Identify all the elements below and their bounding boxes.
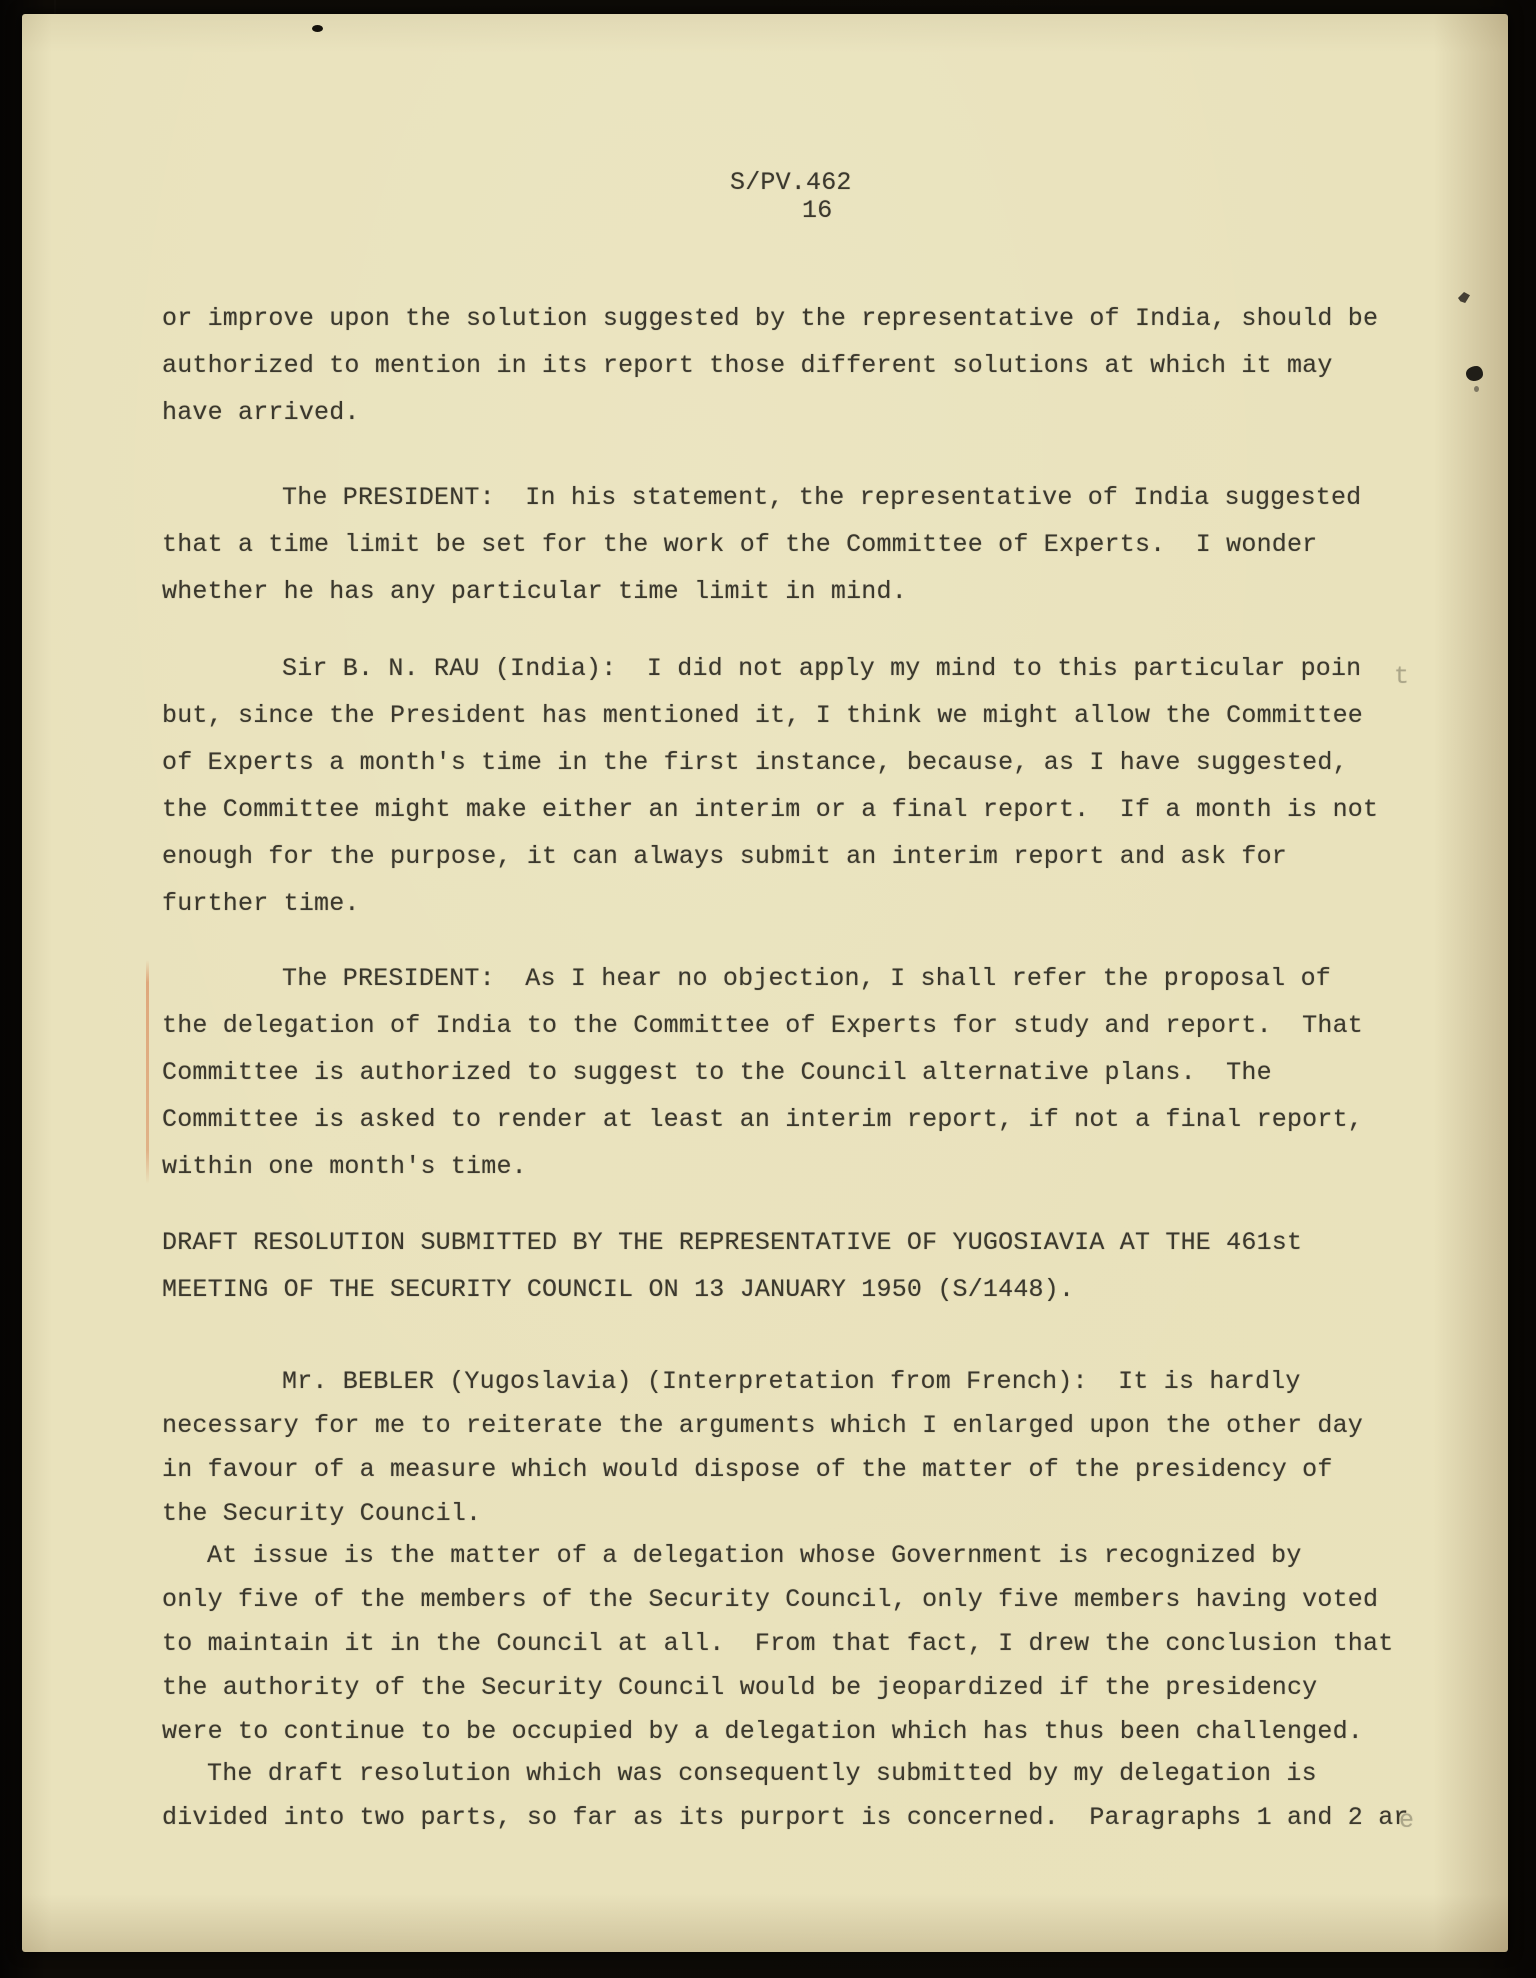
ink-blot-dot [1474, 386, 1479, 392]
document-reference: S/PV.462 [730, 168, 852, 198]
ink-blot [1466, 366, 1483, 381]
president-statement-1: The PRESIDENT: In his statement, the rep… [162, 474, 1504, 615]
bebler-statement-draft: The draft resolution which was consequen… [162, 1752, 1504, 1840]
continuation-paragraph: or improve upon the solution suggested b… [162, 295, 1504, 436]
bebler-statement-issue: At issue is the matter of a delegation w… [162, 1534, 1504, 1754]
section-heading: DRAFT RESOLUTION SUBMITTED BY THE REPRES… [162, 1219, 1504, 1313]
rau-statement: Sir B. N. RAU (India): I did not apply m… [162, 645, 1504, 927]
cutoff-character-last-line: e [1399, 1806, 1414, 1836]
page-number: 16 [802, 196, 832, 226]
president-statement-2: The PRESIDENT: As I hear no objection, I… [162, 955, 1504, 1190]
scanned-page: S/PV.462 16 or improve upon the solution… [22, 14, 1508, 1952]
edge-notch [312, 25, 323, 32]
cutoff-character-rau-line: t [1394, 662, 1409, 692]
bebler-statement-intro: Mr. BEBLER (Yugoslavia) (Interpretation … [162, 1360, 1504, 1536]
red-margin-mark [146, 960, 149, 1184]
